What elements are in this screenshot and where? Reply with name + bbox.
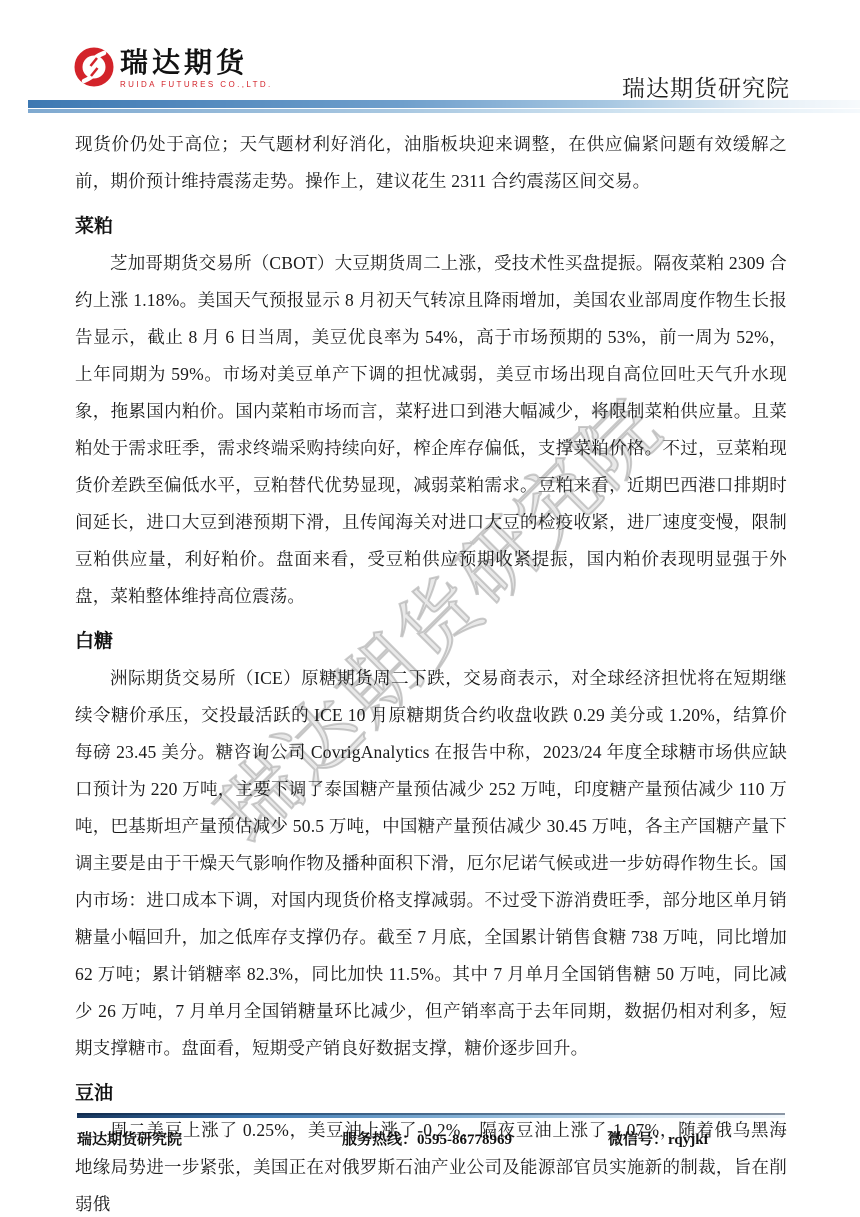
report-sections: 菜粕 芝加哥期货交易所（CBOT）大豆期货周二上涨，受技术性买盘提振。隔夜菜粕 … xyxy=(75,215,787,1217)
section-heading: 豆油 xyxy=(75,1082,787,1106)
header-divider-bar-bottom xyxy=(28,109,860,113)
logo-text: 瑞达期货 RUIDA FUTURES CO.,LTD. xyxy=(120,47,273,89)
footer-divider-bar xyxy=(77,1113,785,1118)
footer-info-row: 瑞达期货研究院 服务热线：0595-86778969 微信号：rqyjkf xyxy=(0,1128,860,1152)
report-page: { "header": { "logo": { "brand_cn": "瑞达期… xyxy=(0,0,860,1217)
report-body: 现货价仍处于高位；天气题材利好消化，油脂板块迎来调整，在供应偏紧问题有效缓解之前… xyxy=(75,126,787,1217)
brand-name-cn: 瑞达期货 xyxy=(120,47,273,79)
footer-hotline: 服务热线：0595-86778969 xyxy=(342,1128,512,1149)
footer-hotline-number: 0595-86778969 xyxy=(417,1132,512,1148)
header-divider-bar-top xyxy=(28,100,860,108)
footer-institute: 瑞达期货研究院 xyxy=(77,1128,182,1149)
ruida-logo-icon xyxy=(74,47,114,87)
footer-hotline-label: 服务热线： xyxy=(342,1131,417,1148)
intro-paragraph: 现货价仍处于高位；天气题材利好消化，油脂板块迎来调整，在供应偏紧问题有效缓解之前… xyxy=(75,126,787,200)
page-header: 瑞达期货 RUIDA FUTURES CO.,LTD. 瑞达期货研究院 xyxy=(0,0,860,113)
brand-name-en: RUIDA FUTURES CO.,LTD. xyxy=(120,80,273,89)
header-institute-title: 瑞达期货研究院 xyxy=(622,70,790,103)
page-footer: 瑞达期货研究院 服务热线：0595-86778969 微信号：rqyjkf xyxy=(0,1108,860,1168)
section-paragraph: 芝加哥期货交易所（CBOT）大豆期货周二上涨，受技术性买盘提振。隔夜菜粕 230… xyxy=(75,245,787,615)
section-heading: 白糖 xyxy=(75,630,787,654)
section-paragraph: 洲际期货交易所（ICE）原糖期货周二下跌，交易商表示，对全球经济担忧将在短期继续… xyxy=(75,660,787,1067)
company-logo: 瑞达期货 RUIDA FUTURES CO.,LTD. xyxy=(74,47,273,89)
footer-wechat-label: 微信号： xyxy=(608,1131,668,1148)
footer-wechat: 微信号：rqyjkf xyxy=(608,1128,709,1149)
footer-wechat-id: rqyjkf xyxy=(668,1132,709,1148)
header-divider-bar xyxy=(28,100,860,113)
section-heading: 菜粕 xyxy=(75,215,787,239)
